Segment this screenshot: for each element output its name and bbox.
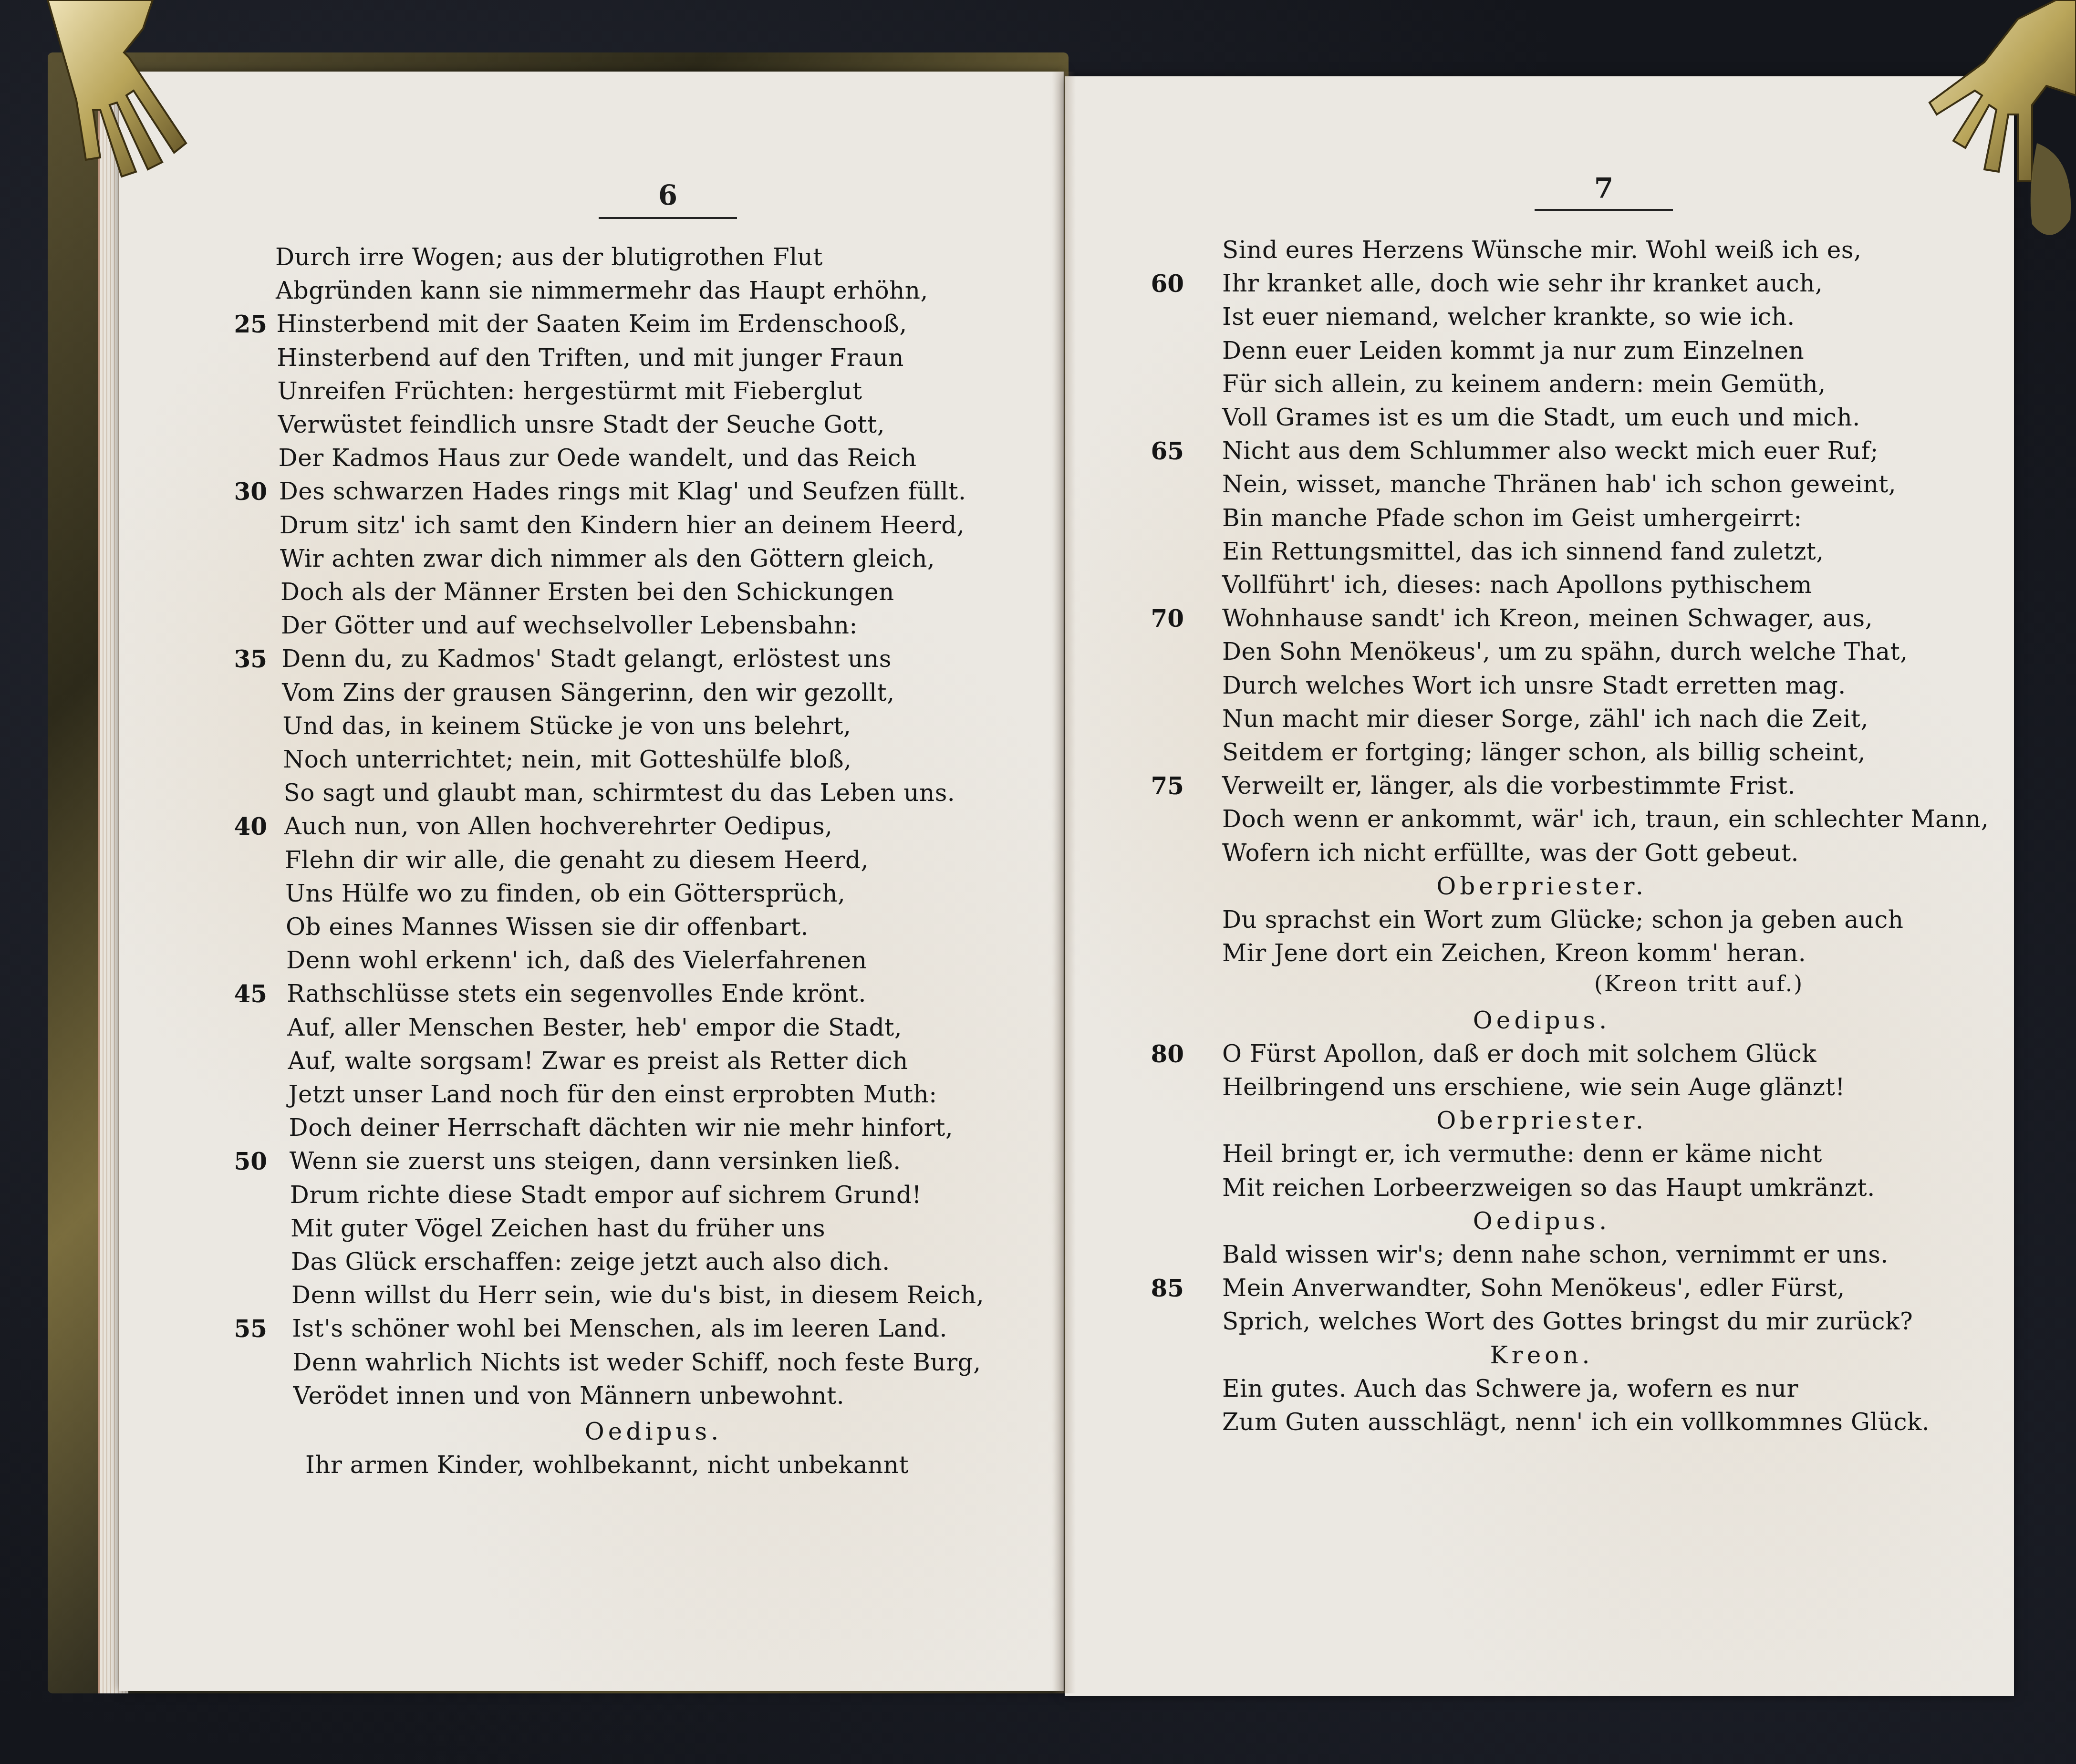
line-number: 55 [224,1315,267,1343]
verse-line: Denn wahrlich Nichts ist weder Schiff, n… [292,1349,981,1376]
verse-line: Der Götter und auf wechselvoller Lebensb… [281,612,858,639]
verse-line: Mit reichen Lorbeerzweigen so das Haupt … [1222,1174,1875,1202]
verse-line: Bin manche Pfade schon im Geist umhergei… [1222,504,1802,532]
verse-line: Denn willst du Herr sein, wie du's bist,… [291,1281,984,1309]
speaker-label: Oberpriester. [1375,1107,1709,1134]
verse-line: Hinsterbend auf den Triften, und mit jun… [277,344,904,372]
verse-line: Wir achten zwar dich nimmer als den Gött… [280,545,935,572]
verse-line: Ist euer niemand, welcher krankte, so wi… [1222,303,1795,331]
verse-line: O Fürst Apollon, daß er doch mit solchem… [1222,1040,1816,1068]
verse-line: Verweilt er, länger, als die vorbestimmt… [1222,772,1796,799]
line-number: 40 [224,812,267,840]
verse-line: Hinsterbend mit der Saaten Keim im Erden… [276,310,907,338]
verse-line: Nicht aus dem Schlummer also weckt mich … [1222,437,1879,465]
verse-line: Unreifen Früchten: hergestürmt mit Fiebe… [277,377,862,405]
line-number: 80 [1141,1040,1184,1068]
verse-line: Durch irre Wogen; aus der blutigrothen F… [275,243,823,271]
verse-line: Wenn sie zuerst uns steigen, dann versin… [290,1147,901,1175]
page-number: 6 [596,179,739,211]
verse-line: Nein, wisset, manche Thränen hab' ich sc… [1222,470,1896,498]
verse-line: Ist's schöner wohl bei Menschen, als im … [292,1315,947,1342]
verse-line: Durch welches Wort ich unsre Stadt erret… [1222,672,1846,699]
line-number: 50 [224,1147,267,1175]
verse-line: Doch deiner Herrschaft dächten wir nie m… [289,1114,954,1141]
line-number: 45 [224,980,267,1008]
verse-line: Der Kadmos Haus zur Oede wandelt, und da… [279,444,917,472]
line-number: 85 [1141,1274,1184,1302]
verse-line: Doch als der Männer Ersten bei den Schic… [280,578,894,606]
verse-line: Du sprachst ein Wort zum Glücke; schon j… [1222,906,1903,934]
verse-line: Den Sohn Menökeus', um zu spähn, durch w… [1222,638,1908,665]
page-number-rule [599,217,737,219]
verse-line: Doch wenn er ankommt, wär' ich, traun, e… [1222,805,1989,833]
verse-line: Ihr kranket alle, doch wie sehr ihr kran… [1222,270,1823,297]
verse-line: Jetzt unser Land noch für den einst erpr… [289,1080,937,1108]
page-number: 7 [1532,172,1675,204]
verse-line: Verödet innen und von Männern unbewohnt. [293,1382,844,1410]
verse-line: Mit guter Vögel Zeichen hast du früher u… [291,1214,825,1242]
verse-line: Drum richte diese Stadt empor auf sichre… [290,1181,922,1209]
verse-line: Voll Grames ist es um die Stadt, um euch… [1222,404,1860,431]
brass-hand-holder-right-icon [1875,0,2076,248]
verse-line: Abgründen kann sie nimmermehr das Haupt … [276,277,928,304]
verse-line: Denn wohl erkenn' ich, daß des Vielerfah… [286,946,867,974]
verse-line: Sind eures Herzens Wünsche mir. Wohl wei… [1222,236,1861,264]
verse-line: Ob eines Mannes Wissen sie dir offenbart… [286,913,809,941]
verse-line: Denn euer Leiden kommt ja nur zum Einzel… [1222,337,1804,364]
verse-line: Rathschlüsse stets ein segenvolles Ende … [287,980,866,1007]
speaker-label: Kreon. [1375,1341,1709,1369]
page-number-rule [1535,209,1673,211]
verse-line: Wofern ich nicht erfüllte, was der Gott … [1222,839,1799,867]
line-number: 65 [1141,437,1184,465]
verse-line: Sprich, welches Wort des Gottes bringst … [1222,1307,1913,1335]
verse-line: Bald wissen wir's; denn nahe schon, vern… [1222,1241,1889,1268]
verse-line: Flehn dir wir alle, die genaht zu diesem… [285,846,869,874]
line-number: 35 [224,645,267,673]
line-number: 75 [1141,772,1184,800]
verse-line: Wohnhause sandt' ich Kreon, meinen Schwa… [1222,604,1873,632]
verse-line: Zum Guten ausschlägt, nenn' ich ein voll… [1222,1408,1930,1436]
verse-line: Des schwarzen Hades rings mit Klag' und … [279,477,966,505]
speaker-label: Oedipus. [1375,1007,1709,1034]
verse-line: Ihr armen Kinder, wohlbekannt, nicht unb… [305,1451,909,1479]
verse-line: Noch unterrichtet; nein, mit Gotteshülfe… [283,746,852,773]
left-page: 6 Durch irre Wogen; aus der blutigrothen… [119,72,1064,1691]
verse-line: Drum sitz' ich samt den Kindern hier an … [280,511,965,539]
speaker-label: Oedipus. [1375,1207,1709,1235]
book-gutter [1052,72,1076,1693]
verse-line: Uns Hülfe wo zu finden, ob ein Götterspr… [285,880,845,907]
verse-line: Auf, walte sorgsam! Zwar es preist als R… [288,1047,908,1075]
verse-line: Heilbringend uns erschiene, wie sein Aug… [1222,1073,1845,1101]
verse-line: Auch nun, von Allen hochverehrter Oedipu… [284,812,833,840]
line-number: 30 [224,477,267,506]
verse-line: Für sich allein, zu keinem andern: mein … [1222,370,1826,398]
verse-line: Mein Anverwandter, Sohn Menökeus', edler… [1222,1274,1845,1302]
verse-line: Vollführt' ich, dieses: nach Apollons py… [1222,571,1812,599]
brass-hand-holder-left-icon [29,0,229,181]
verse-line: Nun macht mir dieser Sorge, zähl' ich na… [1222,705,1868,733]
verse-line: Denn du, zu Kadmos' Stadt gelangt, erlös… [281,645,892,673]
line-number: 60 [1141,270,1184,298]
verse-line: Vom Zins der grausen Sängerinn, den wir … [282,679,894,706]
speaker-label: Oedipus. [510,1418,797,1445]
stage-direction: (Kreon tritt auf.) [1594,971,1804,996]
verse-line: Und das, in keinem Stücke je von uns bel… [282,712,851,740]
verse-line: Seitdem er fortging; länger schon, als b… [1222,738,1866,766]
verse-line: Ein gutes. Auch das Schwere ja, wofern e… [1222,1375,1798,1402]
speaker-label: Oberpriester. [1375,872,1709,900]
verse-line: Mir Jene dort ein Zeichen, Kreon komm' h… [1222,939,1806,967]
right-page: 7 Sind eures Herzens Wünsche mir. Wohl w… [1065,76,2014,1696]
verse-line: Das Glück erschaffen: zeige jetzt auch a… [291,1248,890,1276]
verse-line: So sagt und glaubt man, schirmtest du da… [284,779,955,807]
verse-line: Heil bringt er, ich vermuthe: denn er kä… [1222,1140,1822,1168]
line-number: 70 [1141,604,1184,633]
verse-line: Ein Rettungsmittel, das ich sinnend fand… [1222,538,1824,565]
verse-line: Verwüstet feindlich unsre Stadt der Seuc… [278,411,885,438]
line-number: 25 [224,310,267,338]
verse-line: Auf, aller Menschen Bester, heb' empor d… [287,1014,902,1041]
